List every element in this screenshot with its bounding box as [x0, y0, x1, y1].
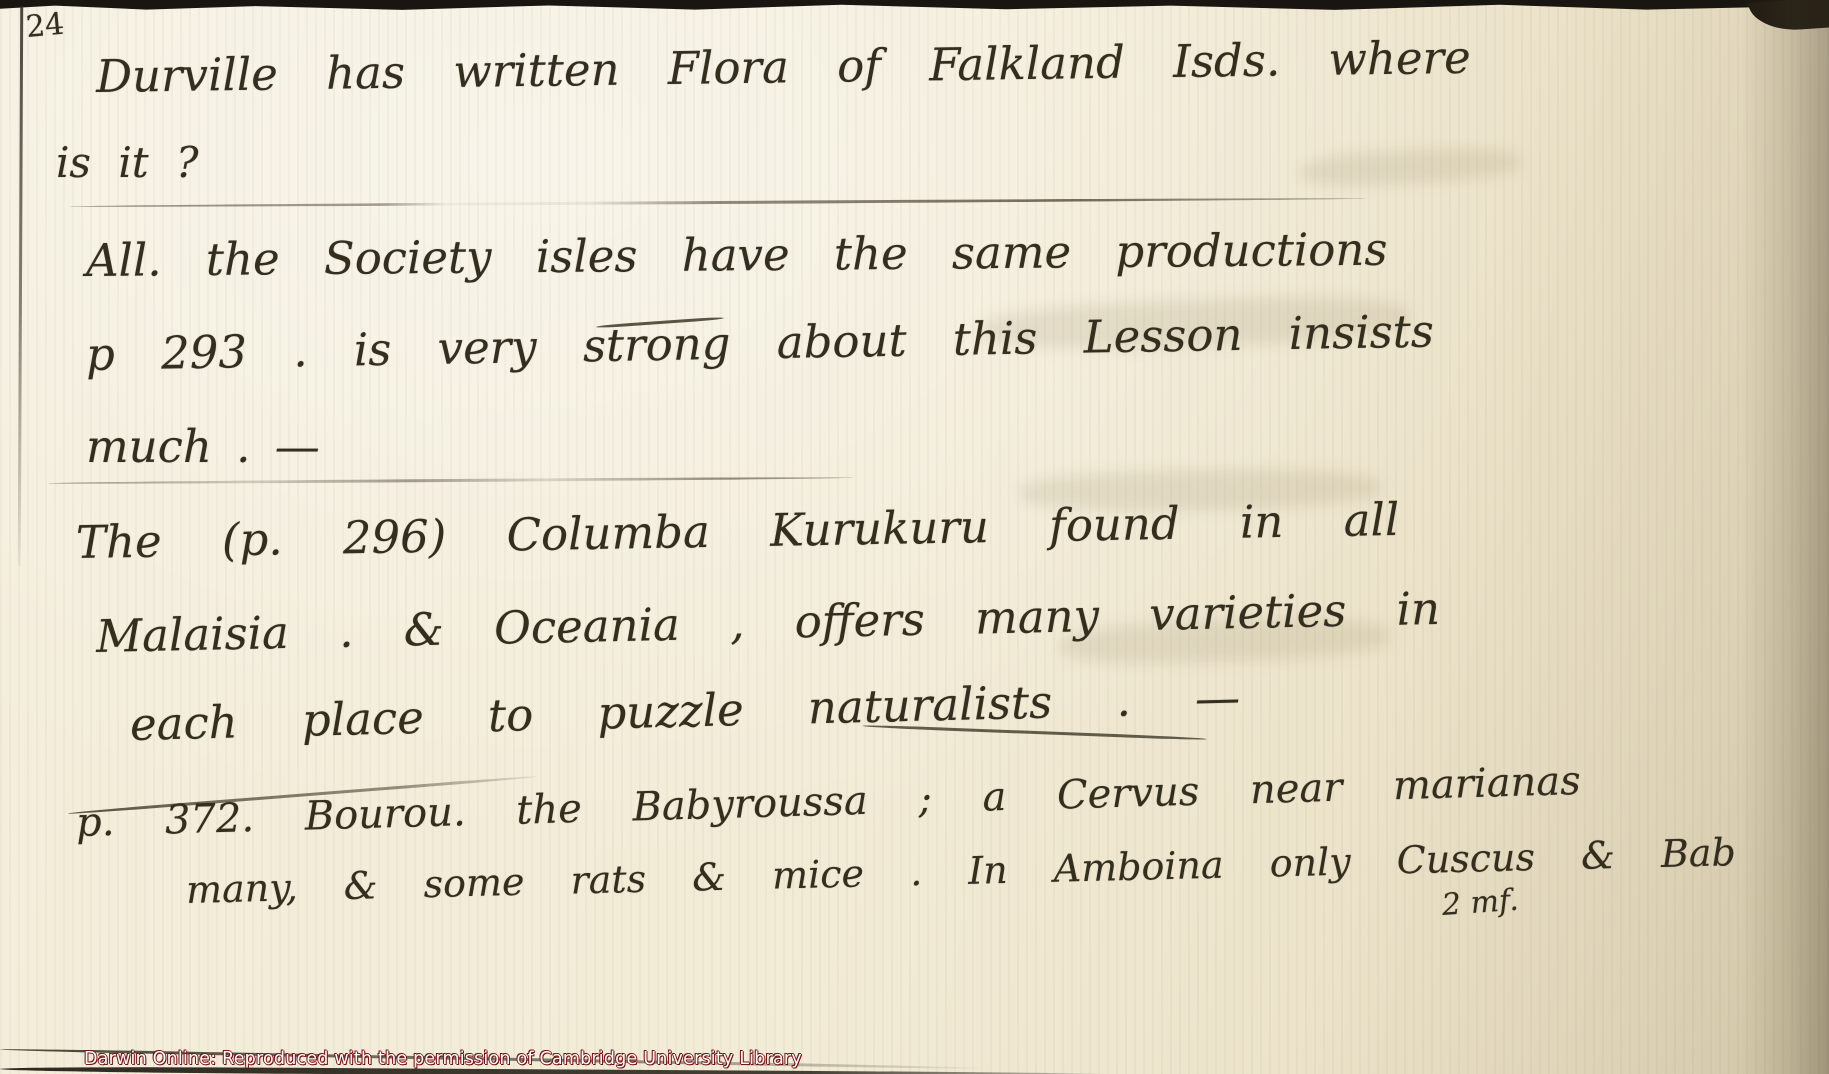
hand-drawn-divider: [70, 197, 1365, 208]
manuscript-line-5: much . —: [86, 420, 320, 473]
manuscript-line-1: Durville has written Flora of Falkland I…: [96, 31, 1471, 103]
show-through-mark: [1299, 144, 1520, 189]
manuscript-line-2: is it ?: [56, 138, 199, 187]
manuscript-page-scan: 24 Durville has written Flora of Falklan…: [0, 0, 1829, 1074]
attribution-caption: Darwin Online: Reproduced with the permi…: [84, 1049, 802, 1069]
scan-edge-top: [0, 0, 1829, 16]
manuscript-line-3: All. the Society isles have the same pro…: [86, 223, 1388, 287]
manuscript-line-6: The (p. 296) Columba Kurukuru found in a…: [76, 493, 1400, 569]
manuscript-line-11: 2 mf.: [1441, 883, 1520, 923]
page-number: 24: [24, 7, 65, 45]
hand-drawn-divider: [48, 476, 853, 485]
manuscript-line-9: p. 372. Bourou. the Babyroussa ; a Cervu…: [75, 758, 1581, 846]
page-curvature-shadow: [1739, 0, 1829, 1074]
manuscript-line-4: p 293 . is very strong about this Lesson…: [86, 304, 1435, 381]
scan-edge-left-line: [18, 6, 23, 566]
manuscript-line-8: each place to puzzle naturalists . —: [129, 671, 1240, 751]
